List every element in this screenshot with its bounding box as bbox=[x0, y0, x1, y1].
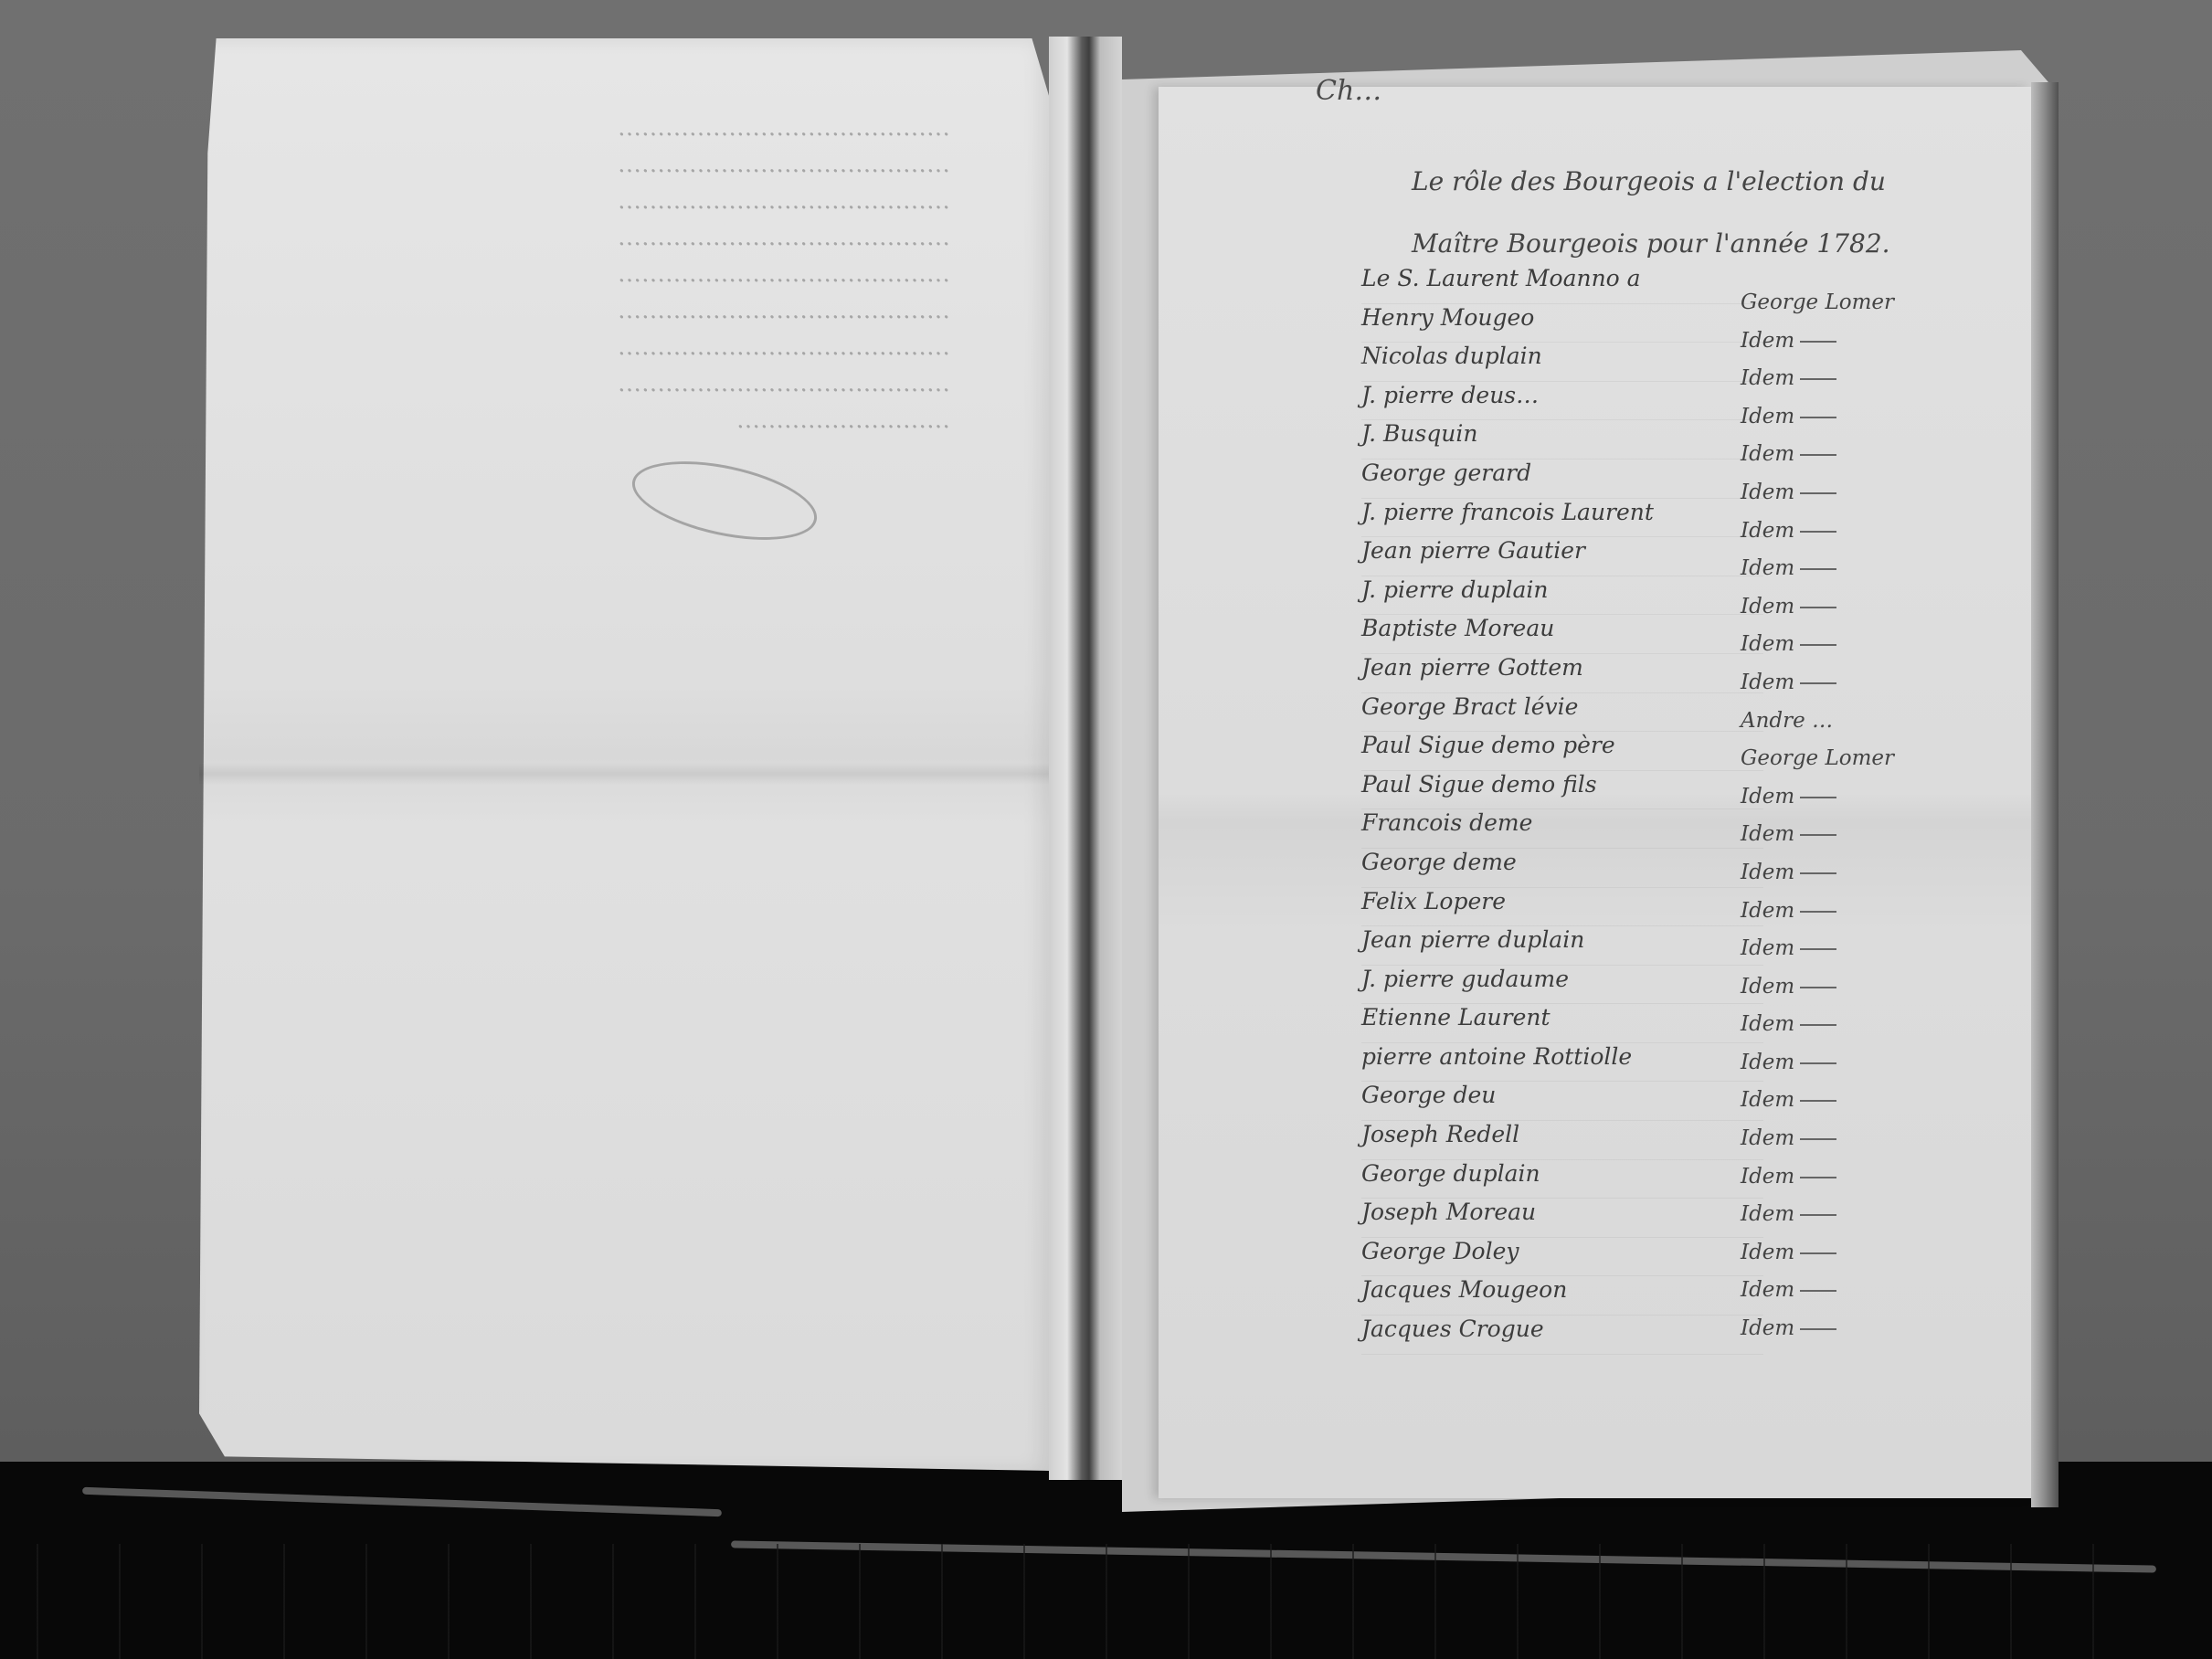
vote-entry: Idem bbox=[1741, 1202, 1978, 1241]
list-item: Jean pierre Gottem bbox=[1361, 654, 1763, 693]
list-item: Felix Lopere bbox=[1361, 888, 1763, 927]
vote-entry: Idem bbox=[1741, 1278, 1978, 1316]
vote-entry: Idem bbox=[1741, 785, 1978, 823]
list-item: George Bract lévie bbox=[1361, 693, 1763, 733]
vote-entry: George Lomer bbox=[1741, 746, 1978, 785]
vote-entry: Idem bbox=[1741, 1012, 1978, 1051]
list-item: pierre antoine Rottiolle bbox=[1361, 1043, 1763, 1083]
list-item: Jacques Mougeon bbox=[1361, 1276, 1763, 1316]
list-item: George duplain bbox=[1361, 1160, 1763, 1199]
list-item: Paul Sigue demo père bbox=[1361, 732, 1763, 771]
votes-column: George Lomer Idem Idem Idem Idem Idem Id… bbox=[1741, 291, 1978, 1355]
vote-entry: Andre … bbox=[1741, 709, 1978, 747]
vote-entry: Idem bbox=[1741, 519, 1978, 557]
vote-entry: Idem bbox=[1741, 481, 1978, 519]
page-title: Le rôle des Bourgeois a l'election du Ma… bbox=[1412, 151, 1978, 275]
list-item: J. pierre gudaume bbox=[1361, 966, 1763, 1005]
list-item: J. Busquin bbox=[1361, 420, 1763, 460]
vote-entry: Idem bbox=[1741, 671, 1978, 709]
vote-entry: Idem bbox=[1741, 442, 1978, 481]
vote-entry: Idem bbox=[1741, 1165, 1978, 1203]
list-item: Henry Mougeo bbox=[1361, 304, 1763, 343]
cutting-mat-grid bbox=[37, 1544, 2175, 1659]
vote-entry: Idem bbox=[1741, 1051, 1978, 1089]
vote-entry: Idem bbox=[1741, 1241, 1978, 1279]
vote-entry: Idem bbox=[1741, 1088, 1978, 1126]
vote-entry: Idem bbox=[1741, 632, 1978, 671]
vote-entry: Idem bbox=[1741, 366, 1978, 405]
vote-entry: Idem bbox=[1741, 595, 1978, 633]
vote-entry: Idem bbox=[1741, 975, 1978, 1013]
vote-entry: George Lomer bbox=[1741, 291, 1978, 329]
page-stack-edge bbox=[2031, 82, 2059, 1507]
vote-entry: Idem bbox=[1741, 1316, 1978, 1355]
list-item: Jean pierre Gautier bbox=[1361, 537, 1763, 576]
list-item: George deu bbox=[1361, 1082, 1763, 1121]
left-page-fold bbox=[199, 763, 1049, 785]
list-item: J. pierre deus… bbox=[1361, 382, 1763, 421]
list-item: Paul Sigue demo fils bbox=[1361, 771, 1763, 810]
vote-entry: Idem bbox=[1741, 1126, 1978, 1165]
list-item: Jacques Crogue bbox=[1361, 1316, 1763, 1355]
list-item: J. pierre duplain bbox=[1361, 576, 1763, 616]
vote-entry: Idem bbox=[1741, 405, 1978, 443]
vote-entry: Idem bbox=[1741, 329, 1978, 367]
vote-entry: Idem bbox=[1741, 822, 1978, 861]
bleed-through-text: …………………………………………………………………………………………………………… bbox=[292, 110, 950, 457]
vote-entry: Idem bbox=[1741, 899, 1978, 937]
list-item: George Doley bbox=[1361, 1238, 1763, 1277]
voter-names-list: Le S. Laurent Moanno a Henry Mougeo Nico… bbox=[1361, 265, 1763, 1355]
book-spine bbox=[1049, 37, 1122, 1480]
list-item: Etienne Laurent bbox=[1361, 1004, 1763, 1043]
list-item: George deme bbox=[1361, 849, 1763, 888]
title-line-1: Le rôle des Bourgeois a l'election du bbox=[1412, 151, 1978, 213]
list-item: Le S. Laurent Moanno a bbox=[1361, 265, 1763, 304]
list-item: J. pierre francois Laurent bbox=[1361, 499, 1763, 538]
list-item: Joseph Redell bbox=[1361, 1121, 1763, 1160]
list-item: Jean pierre duplain bbox=[1361, 926, 1763, 966]
folio-mark: Ch… bbox=[1316, 75, 1381, 107]
list-item: Baptiste Moreau bbox=[1361, 615, 1763, 654]
list-item: Nicolas duplain bbox=[1361, 343, 1763, 382]
vote-entry: Idem bbox=[1741, 556, 1978, 595]
list-item: Francois deme bbox=[1361, 809, 1763, 849]
vote-entry: Idem bbox=[1741, 861, 1978, 899]
vote-entry: Idem bbox=[1741, 936, 1978, 975]
list-item: George gerard bbox=[1361, 460, 1763, 499]
list-item: Joseph Moreau bbox=[1361, 1199, 1763, 1238]
